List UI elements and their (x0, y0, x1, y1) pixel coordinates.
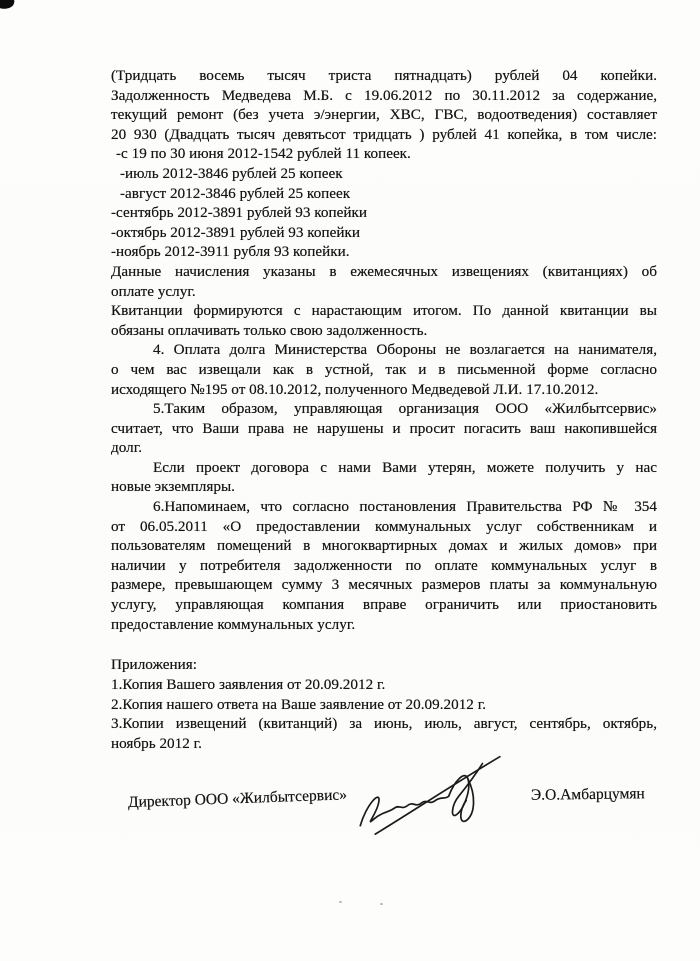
text-line: Задолженность Медведева М.Б. с 19.06.201… (111, 86, 657, 106)
attachment-item: 3.Копии извещений (квитанций) за июнь, и… (111, 714, 657, 734)
scanned-document-page: (Тридцать восемь тысяч триста пятнадцать… (0, 0, 700, 961)
text-line: от 06.05.2011 «О предоставлении коммунал… (111, 517, 657, 537)
attachment-item: ноябрь 2012 г. (111, 734, 657, 754)
text-line: (Тридцать восемь тысяч триста пятнадцать… (111, 66, 657, 86)
text-line: услугу, управляющая компания вправе огра… (111, 595, 657, 615)
numbered-item-5: 5.Таким образом, управляющая организация… (111, 399, 657, 419)
debt-month-line: -ноябрь 2012-3911 рубля 93 копейки. (111, 242, 657, 262)
debt-month-line: -октябрь 2012-3891 рублей 93 копейки (111, 223, 657, 243)
scan-artifact-corner (0, 0, 15, 10)
debt-month-line: -август 2012-3846 рублей 25 копеек (111, 184, 657, 204)
text-line: о чем вас извещали как в устной, так и в… (111, 360, 657, 380)
numbered-item-4: 4. Оплата долга Министерства Обороны не … (111, 340, 657, 360)
text-line: размере, превышающем сумму 3 месячных ра… (111, 575, 657, 595)
attachments-heading: Приложения: (111, 655, 657, 675)
attachment-item: 1.Копия Вашего заявления от 20.09.2012 г… (111, 675, 657, 695)
text-line: долг. (111, 438, 657, 458)
numbered-item-6: 6.Напоминаем, что согласно постановления… (111, 497, 657, 517)
debt-month-line: -июль 2012-3846 рублей 25 копеек (111, 164, 657, 184)
signature-block: Директор ООО «Жилбытсервис» Э.О.Амбарцум… (0, 760, 700, 850)
scan-speck (380, 903, 383, 905)
scan-speck (339, 901, 342, 903)
text-line: считает, что Ваши права не нарушены и пр… (111, 419, 657, 439)
attachments-list: Приложения: 1.Копия Вашего заявления от … (111, 655, 657, 754)
text-line: наличии у потребителя задолженности по о… (111, 556, 657, 576)
text-line: оплате услуг. (111, 282, 657, 302)
text-line: предоставление коммунальных услуг. (111, 615, 657, 635)
text-line: текущий ремонт (без учета э/энергии, ХВС… (111, 105, 657, 125)
text-line: исходящего №195 от 08.10.2012, полученно… (111, 380, 657, 400)
text-line: новые экземпляры. (111, 477, 657, 497)
debt-month-line: -сентябрь 2012-3891 рублей 93 копейки (111, 203, 657, 223)
signature-title: Директор ООО «Жилбытсервис» (128, 786, 348, 812)
attachment-item: 2.Копия нашего ответа на Ваше заявление … (111, 695, 657, 715)
debt-month-line: -с 19 по 30 июня 2012-1542 рублей 11 коп… (111, 144, 657, 164)
text-line: Данные начисления указаны в ежемесячных … (111, 262, 657, 282)
handwritten-signature-icon (346, 752, 517, 849)
text-line: пользователям помещений в многоквартирны… (111, 536, 657, 556)
text-line: Квитанции формируются с нарастающим итог… (111, 301, 657, 321)
text-line: 20 930 (Двадцать тысяч девятьсот тридцат… (111, 125, 657, 145)
text-line: Если проект договора с нами Вами утерян,… (111, 458, 657, 478)
text-line: обязаны оплачивать только свою задолженн… (111, 321, 657, 341)
signature-name: Э.О.Амбарцумян (531, 785, 645, 805)
letter-body: (Тридцать восемь тысяч триста пятнадцать… (111, 66, 657, 634)
